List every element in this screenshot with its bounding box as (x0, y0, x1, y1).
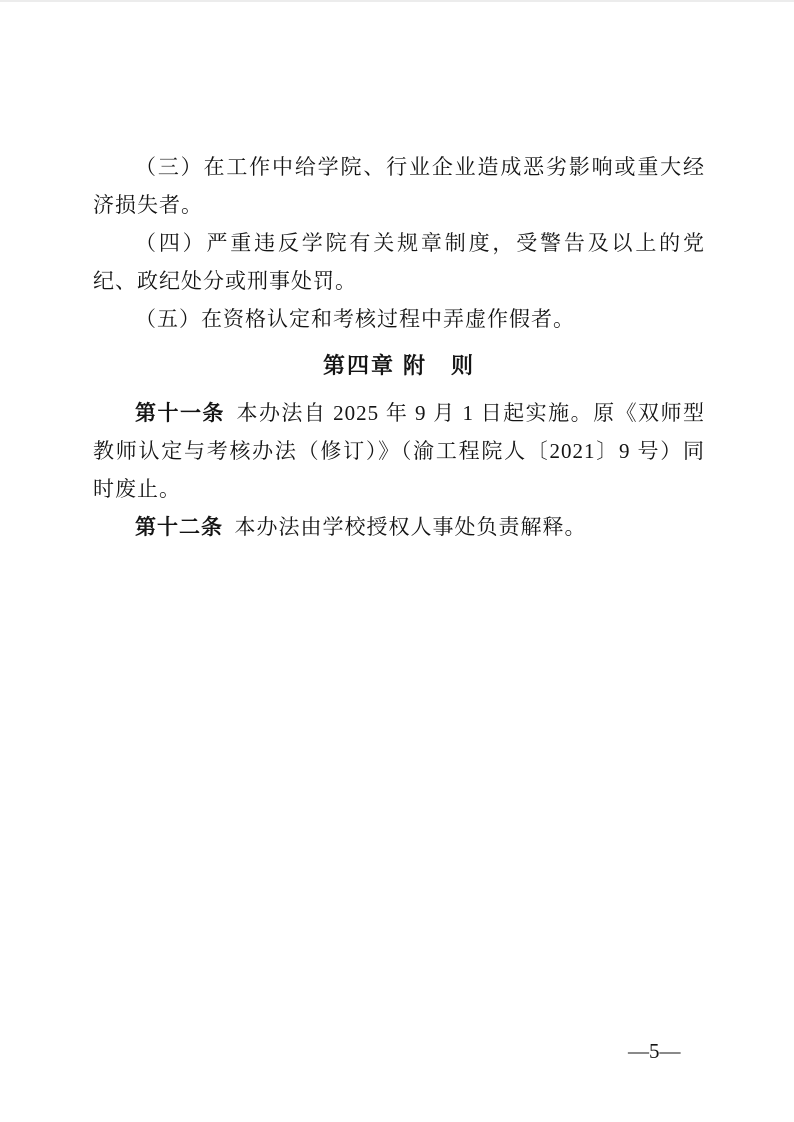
article-12-text: 本办法由学校授权人事处负责解释。 (235, 515, 587, 539)
clause-item-5: （五）在资格认定和考核过程中弄虚作假者。 (93, 300, 705, 338)
article-12-label: 第十二条 (135, 515, 223, 539)
clause-item-3: （三）在工作中给学院、行业企业造成恶劣影响或重大经济损失者。 (93, 148, 705, 224)
chapter-heading: 第四章 附 则 (93, 347, 705, 385)
article-12: 第十二条本办法由学校授权人事处负责解释。 (93, 508, 705, 546)
document-page: （三）在工作中给学院、行业企业造成恶劣影响或重大经济损失者。 （四）严重违反学院… (0, 0, 794, 1122)
article-11: 第十一条本办法自 2025 年 9 月 1 日起实施。原《双师型教师认定与考核办… (93, 394, 705, 508)
page-number: —5— (628, 1040, 681, 1062)
clause-item-4: （四）严重违反学院有关规章制度，受警告及以上的党纪、政纪处分或刑事处罚。 (93, 224, 705, 300)
document-body: （三）在工作中给学院、行业企业造成恶劣影响或重大经济损失者。 （四）严重违反学院… (93, 148, 705, 546)
article-11-label: 第十一条 (135, 401, 225, 425)
